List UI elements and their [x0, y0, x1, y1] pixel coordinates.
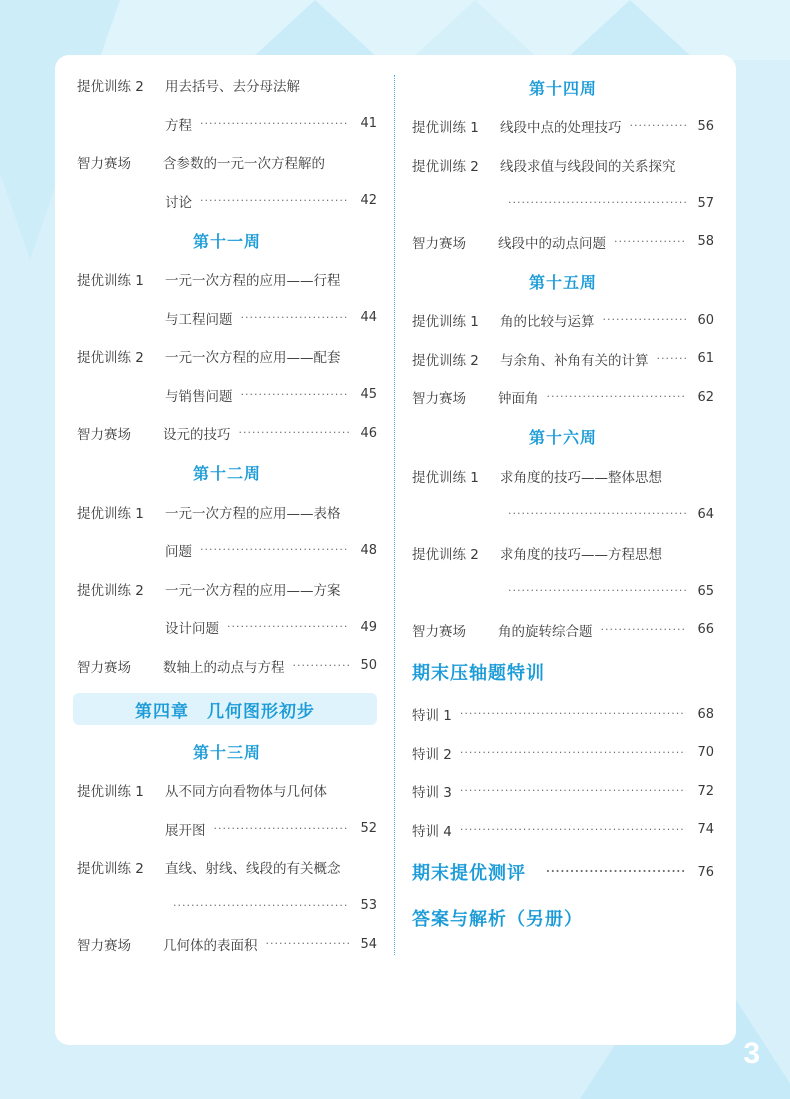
toc-entry[interactable]: 提优训练 1 求角度的技巧——整体思想 — [412, 457, 714, 496]
entry-tag: 提优训练 1 — [412, 310, 500, 330]
entry-title: 从不同方向看物体与几何体 — [165, 780, 327, 800]
toc-entry[interactable]: 智力赛场 线段中的动点问题 58 — [412, 223, 714, 262]
entry-page: 61 — [694, 351, 714, 366]
entry-title: 一元一次方程的应用——行程 — [165, 269, 341, 289]
entry-title: 一元一次方程的应用——表格 — [165, 502, 341, 522]
week-heading: 第十三周 — [77, 731, 377, 771]
entry-tag: 智力赛场 — [412, 620, 498, 640]
leader-dots — [460, 747, 686, 759]
entry-title: 求角度的技巧——方程思想 — [500, 543, 662, 563]
entry-page: 48 — [357, 543, 377, 558]
toc-entry-cont[interactable]: 讨论 42 — [77, 182, 377, 221]
entry-title: 几何体的表面积 — [163, 934, 258, 954]
toc-entry[interactable]: 提优训练 2 与余角、补角有关的计算 61 — [412, 340, 714, 379]
toc-left-column: 提优训练 2 用去括号、去分母法解 方程 41 智力赛场 含参数的一元一次方程解… — [77, 66, 377, 964]
section-title: 期末提优测评 — [412, 859, 526, 885]
week-heading: 第十一周 — [77, 220, 377, 260]
entry-page: 46 — [357, 426, 377, 441]
entry-title: 角的比较与运算 — [500, 310, 595, 330]
background-triangle — [250, 0, 380, 60]
entry-title: 特训 3 — [412, 781, 452, 801]
entry-tag: 提优训练 2 — [412, 543, 500, 563]
leader-dots — [293, 660, 350, 672]
entry-page: 58 — [694, 234, 714, 249]
toc-entry-cont[interactable]: 53 — [77, 887, 377, 926]
entry-title: 一元一次方程的应用——配套 — [165, 346, 341, 366]
entry-page: 50 — [357, 658, 377, 673]
leader-dots — [200, 195, 349, 207]
entry-page: 65 — [694, 584, 714, 599]
entry-page: 42 — [357, 193, 377, 208]
entry-page: 45 — [357, 387, 377, 402]
toc-entry-cont[interactable]: 65 — [412, 572, 714, 611]
entry-tag: 提优训练 1 — [77, 502, 165, 522]
entry-title-cont: 问题 — [165, 540, 192, 560]
toc-entry[interactable]: 提优训练 2 一元一次方程的应用——方案 — [77, 570, 377, 609]
entry-page: 60 — [694, 313, 714, 328]
entry-page: 57 — [694, 196, 714, 211]
toc-entry-cont[interactable]: 问题 48 — [77, 531, 377, 570]
toc-entry[interactable]: 智力赛场 钟面角 62 — [412, 378, 714, 417]
leader-dots — [630, 120, 687, 132]
leader-dots — [214, 823, 350, 835]
entry-title: 特训 2 — [412, 743, 452, 763]
entry-title: 线段中的动点问题 — [498, 232, 606, 252]
leader-dots — [508, 585, 686, 597]
toc-entry-cont[interactable]: 与工程问题 44 — [77, 299, 377, 338]
toc-entry[interactable]: 提优训练 2 直线、射线、线段的有关概念 — [77, 848, 377, 887]
entry-title: 特训 1 — [412, 704, 452, 724]
entry-tag: 提优训练 2 — [77, 75, 165, 95]
week-heading: 第十二周 — [77, 453, 377, 493]
toc-entry[interactable]: 提优训练 2 线段求值与线段间的关系探究 — [412, 146, 714, 185]
section-heading-answers: 答案与解析（另册） — [412, 895, 714, 941]
entry-page: 53 — [357, 898, 377, 913]
page-number: 3 — [743, 1037, 760, 1071]
entry-tag: 提优训练 2 — [77, 579, 165, 599]
leader-dots — [508, 508, 686, 520]
leader-dots — [460, 708, 686, 720]
toc-entry[interactable]: 智力赛场 设元的技巧 46 — [77, 414, 377, 453]
entry-title-cont: 方程 — [165, 114, 192, 134]
leader-dots — [239, 427, 350, 439]
entry-page: 76 — [694, 865, 714, 880]
entry-title: 设元的技巧 — [163, 423, 231, 443]
toc-entry[interactable]: 特训 2 70 — [412, 734, 714, 773]
entry-page: 49 — [357, 620, 377, 635]
toc-entry[interactable]: 智力赛场 含参数的一元一次方程解的 — [77, 143, 377, 182]
entry-tag: 智力赛场 — [77, 423, 163, 443]
entry-title: 线段求值与线段间的关系探究 — [500, 155, 676, 175]
leader-dots — [657, 353, 687, 365]
toc-entry[interactable]: 提优训练 1 一元一次方程的应用——行程 — [77, 260, 377, 299]
entry-title: 数轴上的动点与方程 — [163, 656, 285, 676]
entry-page: 54 — [357, 937, 377, 952]
toc-card: 提优训练 2 用去括号、去分母法解 方程 41 智力赛场 含参数的一元一次方程解… — [55, 55, 736, 1045]
entry-tag: 智力赛场 — [412, 232, 498, 252]
toc-entry[interactable]: 智力赛场 角的旋转综合题 66 — [412, 611, 714, 650]
leader-dots — [614, 236, 686, 248]
toc-entry[interactable]: 提优训练 2 用去括号、去分母法解 — [77, 66, 377, 105]
background-triangle — [410, 0, 540, 60]
week-heading: 第十四周 — [412, 67, 714, 107]
entry-page: 74 — [694, 822, 714, 837]
toc-entry-cont[interactable]: 方程 41 — [77, 105, 377, 144]
toc-entry[interactable]: 提优训练 1 角的比较与运算 60 — [412, 301, 714, 340]
toc-entry[interactable]: 特训 3 72 — [412, 772, 714, 811]
entry-title-cont: 与工程问题 — [165, 308, 233, 328]
toc-entry[interactable]: 特训 1 68 — [412, 695, 714, 734]
column-divider — [394, 75, 395, 955]
entry-tag: 提优训练 1 — [412, 116, 500, 136]
toc-entry-cont[interactable]: 与销售问题 45 — [77, 376, 377, 415]
week-heading: 第十五周 — [412, 261, 714, 301]
entry-tag: 提优训练 1 — [77, 269, 165, 289]
entry-tag: 提优训练 1 — [412, 466, 500, 486]
toc-entry-cont[interactable]: 57 — [412, 184, 714, 223]
entry-title-cont: 展开图 — [165, 819, 206, 839]
entry-page: 56 — [694, 119, 714, 134]
entry-title: 一元一次方程的应用——方案 — [165, 579, 341, 599]
entry-page: 52 — [357, 821, 377, 836]
entry-title: 求角度的技巧——整体思想 — [500, 466, 662, 486]
toc-entry[interactable]: 提优训练 1 从不同方向看物体与几何体 — [77, 771, 377, 810]
toc-entry[interactable]: 提优训练 2 一元一次方程的应用——配套 — [77, 337, 377, 376]
entry-page: 44 — [357, 310, 377, 325]
leader-dots — [508, 197, 686, 209]
entry-title-cont: 与销售问题 — [165, 385, 233, 405]
leader-dots — [601, 624, 687, 636]
leader-dots — [460, 824, 686, 836]
leader-dots — [460, 785, 686, 797]
entry-title: 线段中点的处理技巧 — [500, 116, 622, 136]
toc-entry[interactable]: 提优训练 1 线段中点的处理技巧 56 — [412, 107, 714, 146]
entry-title: 含参数的一元一次方程解的 — [163, 152, 325, 172]
entry-page: 64 — [694, 507, 714, 522]
section-heading-final-test[interactable]: 期末提优测评 76 — [412, 849, 714, 895]
chapter-heading: 第四章 几何图形初步 — [73, 693, 377, 725]
leader-dots — [546, 866, 686, 878]
background-triangle — [565, 0, 695, 60]
toc-entry[interactable]: 智力赛场 几何体的表面积 54 — [77, 925, 377, 964]
entry-page: 66 — [694, 622, 714, 637]
leader-dots — [173, 900, 349, 912]
entry-tag: 智力赛场 — [77, 656, 163, 676]
entry-tag: 智力赛场 — [412, 387, 498, 407]
entry-title: 用去括号、去分母法解 — [165, 75, 300, 95]
entry-tag: 提优训练 2 — [412, 349, 500, 369]
leader-dots — [200, 118, 349, 130]
leader-dots — [266, 938, 350, 950]
leader-dots — [241, 389, 350, 401]
entry-tag: 提优训练 1 — [77, 780, 165, 800]
entry-page: 62 — [694, 390, 714, 405]
leader-dots — [200, 544, 349, 556]
toc-entry-cont[interactable]: 展开图 52 — [77, 810, 377, 849]
week-heading: 第十六周 — [412, 417, 714, 457]
toc-entry-cont[interactable]: 设计问题 49 — [77, 608, 377, 647]
entry-page: 72 — [694, 784, 714, 799]
toc-entry[interactable]: 特训 4 74 — [412, 811, 714, 850]
entry-page: 41 — [357, 116, 377, 131]
entry-title: 钟面角 — [498, 387, 539, 407]
leader-dots — [547, 391, 687, 403]
entry-title: 角的旋转综合题 — [498, 620, 593, 640]
toc-entry[interactable]: 智力赛场 数轴上的动点与方程 50 — [77, 647, 377, 686]
entry-title: 与余角、补角有关的计算 — [500, 349, 649, 369]
entry-page: 70 — [694, 745, 714, 760]
leader-dots — [227, 621, 349, 633]
entry-tag: 智力赛场 — [77, 934, 163, 954]
toc-right-column: 第十四周 提优训练 1 线段中点的处理技巧 56 提优训练 2 线段求值与线段间… — [412, 67, 714, 941]
leader-dots — [241, 312, 350, 324]
toc-entry[interactable]: 提优训练 2 求角度的技巧——方程思想 — [412, 534, 714, 573]
toc-entry-cont[interactable]: 64 — [412, 495, 714, 534]
entry-tag: 提优训练 2 — [77, 857, 165, 877]
entry-page: 68 — [694, 707, 714, 722]
toc-entry[interactable]: 提优训练 1 一元一次方程的应用——表格 — [77, 493, 377, 532]
entry-title: 直线、射线、线段的有关概念 — [165, 857, 341, 877]
entry-tag: 智力赛场 — [77, 152, 163, 172]
entry-tag: 提优训练 2 — [412, 155, 500, 175]
section-heading: 期末压轴题特训 — [412, 649, 714, 695]
entry-tag: 提优训练 2 — [77, 346, 165, 366]
entry-title-cont: 设计问题 — [165, 617, 219, 637]
entry-title-cont: 讨论 — [165, 191, 192, 211]
entry-title: 特训 4 — [412, 820, 452, 840]
leader-dots — [603, 314, 687, 326]
